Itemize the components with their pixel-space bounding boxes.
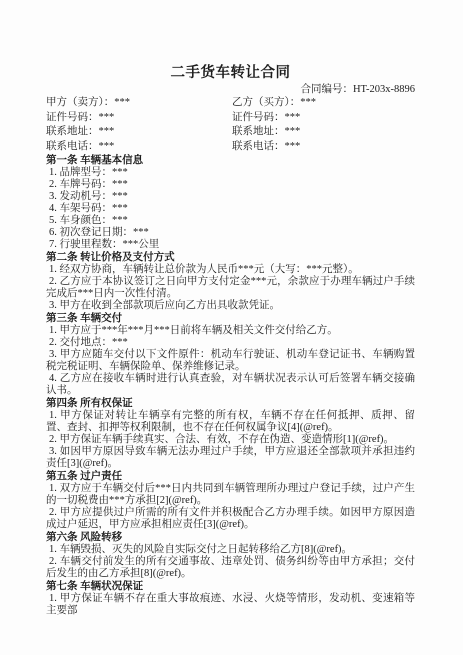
section-heading: 第六条 风险转移 xyxy=(46,532,415,544)
party-field-seller: 联系电话：*** xyxy=(46,140,232,155)
section-heading: 第一条 车辆基本信息 xyxy=(46,155,415,167)
document-title: 二手货车转让合同 xyxy=(46,64,415,83)
contract-paragraph: 1. 双方应于车辆交付后***日内共同到车辆管理所办理过户登记手续，过户产生的一… xyxy=(46,483,415,507)
contract-paragraph: 1. 经双方协商，车辆转让总价款为人民币***元（大写：***元整）。 xyxy=(46,264,415,276)
parties-block: 甲方（卖方）：***乙方（买方）：***证件号码：***证件号码：***联系地址… xyxy=(46,96,415,154)
party-row: 联系地址：***联系地址：*** xyxy=(46,125,415,140)
contract-paragraph: 2. 甲方应提供过户所需的所有文件并积极配合乙方办理手续。如因甲方原因造成过户延… xyxy=(46,507,415,531)
party-row: 证件号码：***证件号码：*** xyxy=(46,111,415,126)
contract-paragraph: 3. 发动机号：*** xyxy=(46,191,415,203)
contract-paragraph: 3. 甲方在收到全部款项后应向乙方出具收款凭证。 xyxy=(46,300,415,312)
contract-paragraph: 6. 初次登记日期：*** xyxy=(46,227,415,239)
contract-paragraph: 1. 甲方保证对转让车辆享有完整的所有权，车辆不存在任何抵押、质押、留置、查封、… xyxy=(46,410,415,434)
contract-number-line: 合同编号：HT-203x-8896 xyxy=(46,83,415,96)
contract-paragraph: 2. 甲方保证车辆手续真实、合法、有效，不存在伪造、变造情形[1](@ref)。 xyxy=(46,434,415,446)
contract-paragraph: 1. 品牌型号：*** xyxy=(46,167,415,179)
party-field-buyer: 证件号码：*** xyxy=(232,111,415,126)
contract-paragraph: 2. 乙方应于本协议签订之日向甲方支付定金***元，余款应于办理车辆过户手续完成… xyxy=(46,276,415,300)
contract-paragraph: 1. 车辆毁损、灭失的风险自实际交付之日起转移给乙方[8](@ref)。 xyxy=(46,544,415,556)
contract-paragraph: 1. 甲方保证车辆不存在重大事故痕迹、水浸、火烧等情形，发动机、变速箱等主要部 xyxy=(46,593,415,617)
contract-page: 二手货车转让合同 合同编号：HT-203x-8896 甲方（卖方）：***乙方（… xyxy=(0,0,463,655)
contract-paragraph: 1. 甲方应于***年***月***日前将车辆及相关文件交付给乙方。 xyxy=(46,325,415,337)
contract-paragraph: 4. 乙方应在接收车辆时进行认真查验，对车辆状况表示认可后签署车辆交接确认书。 xyxy=(46,373,415,397)
party-field-buyer: 联系电话：*** xyxy=(232,140,415,155)
contract-paragraph: 5. 车身颜色：*** xyxy=(46,215,415,227)
contract-paragraph: 4. 车架号码：*** xyxy=(46,203,415,215)
contract-paragraph: 2. 交付地点：*** xyxy=(46,337,415,349)
party-row: 甲方（卖方）：***乙方（买方）：*** xyxy=(46,96,415,111)
contract-paragraph: 2. 车辆交付前发生的所有交通事故、违章处罚、债务纠纷等由甲方承担；交付后发生的… xyxy=(46,556,415,580)
contract-paragraph: 3. 如因甲方原因导致车辆无法办理过户手续，甲方应退还全部款项并承担违约责任[3… xyxy=(46,446,415,470)
section-heading: 第二条 转让价格及支付方式 xyxy=(46,252,415,264)
section-heading: 第七条 车辆状况保证 xyxy=(46,581,415,593)
party-field-seller: 甲方（卖方）：*** xyxy=(46,96,232,111)
party-field-seller: 证件号码：*** xyxy=(46,111,232,126)
party-row: 联系电话：***联系电话：*** xyxy=(46,140,415,155)
section-heading: 第四条 所有权保证 xyxy=(46,398,415,410)
party-field-buyer: 乙方（买方）：*** xyxy=(232,96,415,111)
party-field-buyer: 联系地址：*** xyxy=(232,125,415,140)
contract-paragraph: 3. 甲方应随车交付以下文件原件：机动车行驶证、机动车登记证书、车辆购置税完税证… xyxy=(46,349,415,373)
section-heading: 第五条 过户责任 xyxy=(46,471,415,483)
contract-paragraph: 7. 行驶里程数：***公里 xyxy=(46,239,415,251)
contract-paragraph: 2. 车牌号码：*** xyxy=(46,179,415,191)
contract-number-value: HT-203x-8896 xyxy=(353,84,415,95)
party-field-seller: 联系地址：*** xyxy=(46,125,232,140)
contract-number-label: 合同编号： xyxy=(300,84,353,95)
contract-sections: 第一条 车辆基本信息1. 品牌型号：***2. 车牌号码：***3. 发动机号：… xyxy=(46,155,415,617)
section-heading: 第三条 车辆交付 xyxy=(46,313,415,325)
